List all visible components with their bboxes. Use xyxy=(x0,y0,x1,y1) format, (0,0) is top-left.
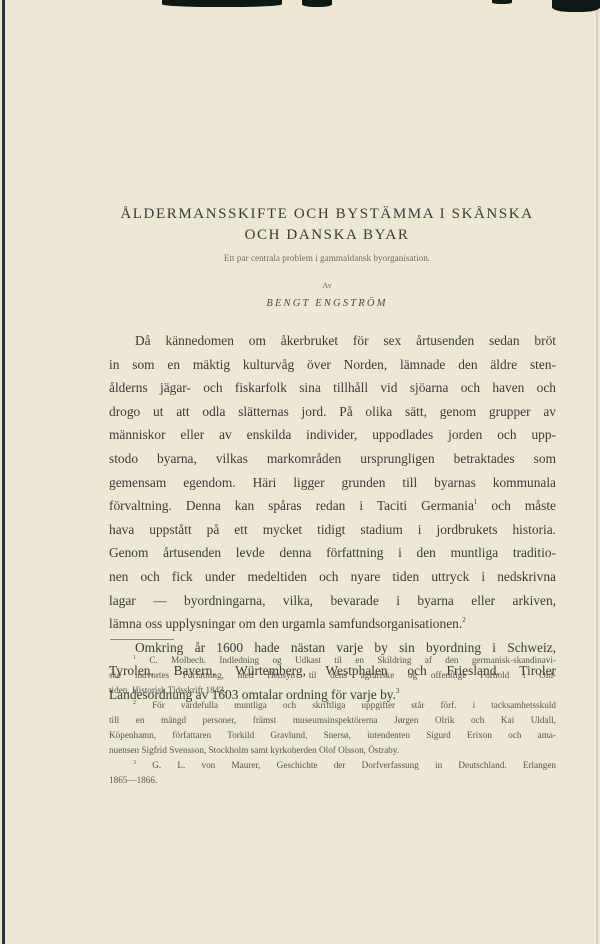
footnote-separator xyxy=(110,639,174,640)
footnote-ref[interactable]: 2 xyxy=(462,616,466,624)
footnote-marker: 2 xyxy=(133,700,136,706)
body-line: förvaltning. Denna kan spåras redan i Ta… xyxy=(109,494,556,518)
body-line: in som en mäktig kulturvåg över Norden, … xyxy=(109,353,556,377)
footnote-3: 3 G. L. von Maurer, Geschichte der Dorfv… xyxy=(109,758,556,788)
footnote-line: till en mängd personer, främst museumsin… xyxy=(109,713,556,728)
body-line: lagar — byordningarna, vilka, bevarade i… xyxy=(109,589,556,613)
body-line: Då kännedomen om åkerbruket för sex årtu… xyxy=(109,329,556,353)
footnote-2: 2 För värdefulla muntliga och skriftliga… xyxy=(109,698,556,758)
article-title-line-2: OCH DANSKA BYAR xyxy=(102,227,552,244)
body-line: människor eller av enskilda individer, u… xyxy=(109,423,556,447)
footnote-line: 3 G. L. von Maurer, Geschichte der Dorfv… xyxy=(109,758,556,773)
footnote-text: För värdefulla muntliga och skriftliga u… xyxy=(152,700,556,710)
footnote-line: nuensen Sigfrid Svensson, Stockholm samt… xyxy=(109,743,556,758)
footnote-line: 1 C. Molbech. Indledning og Udkast til e… xyxy=(109,653,556,668)
body-line: Genom årtusenden levde denna författning… xyxy=(109,541,556,565)
footnote-line: Köpenhamn, författaren Torkild Gravlund,… xyxy=(109,728,556,743)
body-line: nen och fick under medeltiden och nyare … xyxy=(109,565,556,589)
footnotes: 1 C. Molbech. Indledning og Udkast til e… xyxy=(109,653,556,788)
article-subtitle: Ett par centrala problem i gammaldansk b… xyxy=(102,253,552,263)
footnote-line: ske indvortes Forfatning, med Hensyn til… xyxy=(109,668,556,683)
footnote-marker: 3 xyxy=(133,760,136,766)
scan-right-edge xyxy=(596,0,598,944)
scan-left-edge xyxy=(2,0,5,944)
scan-artifact xyxy=(552,0,600,12)
footnote-text: G. L. von Maurer, Geschichte der Dorfver… xyxy=(152,760,556,770)
body-line: lämna oss upplysningar om den urgamla sa… xyxy=(109,612,556,636)
body-line-text: förvaltning. Denna kan spåras redan i Ta… xyxy=(109,498,474,513)
footnote-marker: 1 xyxy=(133,655,136,661)
footnote-text: C. Molbech. Indledning og Udkast til en … xyxy=(149,655,556,665)
author-name: BENGT ENGSTRÖM xyxy=(102,298,552,309)
body-line: hava uppstått på ett mycket tidigt stadi… xyxy=(109,518,556,542)
body-line: gemensam egendom. Häri ligger grunden ti… xyxy=(109,471,556,495)
scan-artifact xyxy=(302,0,332,7)
body-line-text: och måste xyxy=(477,498,556,513)
footnote-line: tiden. Historisk Tidsskrift 1843. xyxy=(109,683,556,698)
footnote-line: 2 För värdefulla muntliga och skriftliga… xyxy=(109,698,556,713)
footnote-1: 1 C. Molbech. Indledning og Udkast til e… xyxy=(109,653,556,698)
scanned-page: ÅLDERMANSSKIFTE OCH BYSTÄMMA I SKÅNSKA O… xyxy=(2,0,598,944)
body-line-text: lämna oss upplysningar om den urgamla sa… xyxy=(109,616,462,631)
footnote-line: 1865—1866. xyxy=(109,773,556,788)
byline-prefix: Av xyxy=(102,281,552,290)
body-line: stodo byarna, vilkas markområden ursprun… xyxy=(109,447,556,471)
body-line: ålderns jägar- och fiskarfolk sina tillh… xyxy=(109,376,556,400)
scan-artifact xyxy=(162,0,282,7)
article-title-line-1: ÅLDERMANSSKIFTE OCH BYSTÄMMA I SKÅNSKA xyxy=(102,206,552,223)
body-text: Då kännedomen om åkerbruket för sex årtu… xyxy=(109,329,556,707)
body-line: drogo ut att odla slätternas jord. På ol… xyxy=(109,400,556,424)
scan-artifact xyxy=(492,0,512,4)
